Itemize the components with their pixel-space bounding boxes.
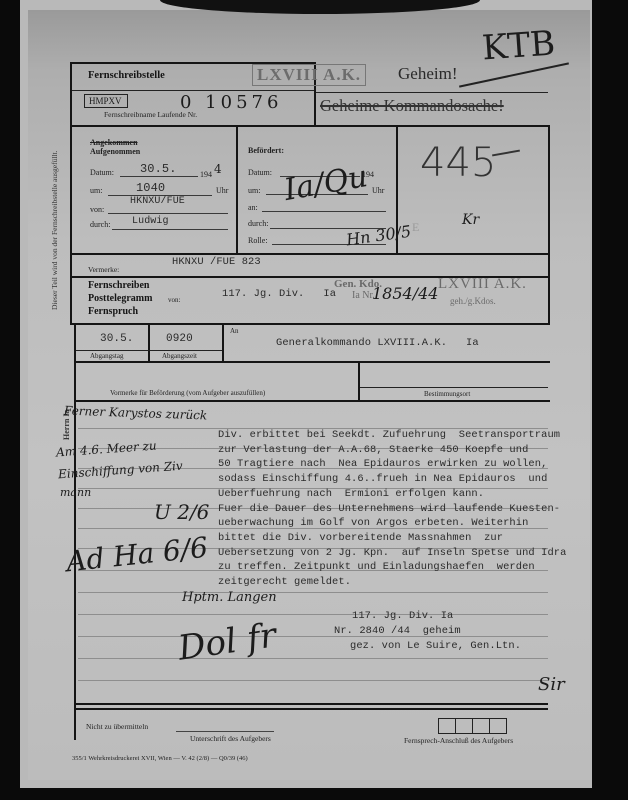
margin-note: mann xyxy=(60,486,91,499)
message-body: Div. erbittet bei Seekdt. Zufuehrung See… xyxy=(218,428,566,590)
faint-e-mark: E xyxy=(412,220,419,235)
message-line: Div. erbittet bei Seekdt. Zufuehrung See… xyxy=(218,428,566,443)
message-line: 50 Tragtiere nach Nea Epidauros erwirken… xyxy=(218,457,566,472)
dispatch-to-label: An xyxy=(230,327,239,335)
dispatch-top-line xyxy=(70,323,550,325)
forwarded-to-label: an: xyxy=(248,203,258,212)
grid-top-line xyxy=(70,125,550,127)
notes-divider xyxy=(358,361,360,401)
message-line: Fuer die Dauer des Unternehmens wird lau… xyxy=(218,502,566,517)
phone-label: Fernsprech-Anschluß des Aufgebers xyxy=(404,736,513,745)
forwarded-time-unit: Uhr xyxy=(372,186,384,195)
header-row-line xyxy=(72,90,314,91)
received-date-label: Datum: xyxy=(90,168,114,177)
received-title: Aufgenommen xyxy=(90,147,140,156)
message-line: sodass Einschiffung 4.6..frueh in Nea Ep… xyxy=(218,472,566,487)
phone-box xyxy=(439,719,456,733)
teleprinter-name-box: HMPXV xyxy=(84,94,128,108)
footer-line-2 xyxy=(74,708,548,710)
stamp-corps: LXVIII A.K. xyxy=(438,276,527,293)
forwarded-time-label: um: xyxy=(248,186,260,195)
remarks-value: HKNXU /FUE 823 xyxy=(172,256,261,268)
handwritten-ktb: KTB xyxy=(481,23,557,68)
forwarded-roll-label: Rolle: xyxy=(248,236,268,245)
received-year-suffix: 4 xyxy=(214,162,222,176)
left-frame xyxy=(70,62,72,324)
margin-initial: U 2/6 xyxy=(154,500,209,524)
type-fernspruch: Fernspruch xyxy=(88,306,138,317)
message-line: zur Verlastung der A.A.68, Staerke 450 K… xyxy=(218,443,566,458)
stamp-class: geh./g.Kdos. xyxy=(450,296,496,306)
dispatch-caption-line xyxy=(76,350,222,351)
signature-label: Unterschrift des Aufgebers xyxy=(190,734,271,743)
handwritten-bottom-initial: Sir xyxy=(538,674,565,695)
classification-struck: Geheime Kommandosache! xyxy=(320,96,504,116)
dispatch-time-label: Abgangszeit xyxy=(162,352,197,360)
col-divider-1 xyxy=(236,125,238,253)
handwritten-number: 445 xyxy=(420,140,496,186)
signature-rule xyxy=(176,731,274,732)
received-from-label: von: xyxy=(90,205,104,214)
phone-box xyxy=(456,719,473,733)
station-stamp: LXVIII A.K. xyxy=(252,64,366,86)
from-rule xyxy=(108,213,228,214)
dispatch-divider-1 xyxy=(148,323,150,361)
notes-top-line xyxy=(74,361,550,363)
right-frame xyxy=(548,125,550,325)
phone-boxes xyxy=(438,718,507,734)
message-line: Uebersetzung von 2 Jg. Kpn. auf Inseln S… xyxy=(218,546,566,561)
side-note: Dieser Teil wird von der Fernschreibstel… xyxy=(50,70,59,310)
forwarded-by-label: durch: xyxy=(248,219,268,228)
phone-box xyxy=(490,719,506,733)
dest-line xyxy=(360,387,548,388)
received-from: HKNXU/FUE xyxy=(130,196,185,207)
dispatch-day: 30.5. xyxy=(100,333,134,345)
type-fernschreiben: Fernschreiben xyxy=(88,280,149,291)
received-time-label: um: xyxy=(90,186,102,195)
forwarded-title: Befördert: xyxy=(248,146,284,155)
classification: Geheim! xyxy=(398,64,457,84)
message-line: ueberwachung im Golf von Argos erbeten. … xyxy=(218,516,566,531)
remarks-top-line xyxy=(70,253,550,255)
message-line: Ueberfuehrung nach Ermioni erfolgen kann… xyxy=(218,487,566,502)
type-from-value: 117. Jg. Div. Ia xyxy=(222,288,336,300)
serial-caption: Fernschreibname Laufende Nr. xyxy=(104,110,197,119)
received-time-unit: Uhr xyxy=(216,186,228,195)
by-rule xyxy=(112,229,228,230)
dispatch-day-label: Abgangstag xyxy=(90,352,123,360)
received-title-struck: Angekommen xyxy=(90,138,138,147)
rule xyxy=(78,614,548,615)
station-label: Fernschreibstelle xyxy=(88,70,165,81)
type-posttelegramm: Posttelegramm xyxy=(88,293,152,304)
received-date: 30.5. xyxy=(140,162,177,176)
message-line: bittet die Div. vorbereitende Massnahmen… xyxy=(218,531,566,546)
rule xyxy=(78,658,548,659)
printer-line: 355/1 Wehrkreisdruckerei XVII, Wien — V.… xyxy=(72,755,248,762)
phone-box xyxy=(473,719,490,733)
received-year-prefix: 194 xyxy=(200,170,212,179)
destination-label: Bestimmungsort xyxy=(424,390,470,398)
signature-line: gez. von Le Suire, Gen.Ltn. xyxy=(350,640,521,652)
rule xyxy=(78,636,548,637)
forwarded-date-label: Datum: xyxy=(248,168,272,177)
signature-line: Nr. 2840 /44 geheim xyxy=(334,625,461,637)
number-initial: Kr xyxy=(462,212,479,228)
received-by: Ludwig xyxy=(132,216,169,227)
stamp-number-hand: 1854/44 xyxy=(372,284,438,303)
remarks-label: Vermerke: xyxy=(88,265,119,274)
type-from-label: von: xyxy=(168,296,180,304)
class-line xyxy=(316,92,548,93)
fwd-to-rule xyxy=(262,211,386,212)
received-by-label: durch: xyxy=(90,220,110,229)
received-time: 1040 xyxy=(136,181,165,195)
dispatch-to-value: Generalkommando LXVIII.A.K. Ia xyxy=(276,337,479,349)
notes-bottom-line xyxy=(74,400,550,402)
rule xyxy=(78,680,548,681)
message-line: zeitgerecht gemeldet. xyxy=(218,575,566,590)
message-line: zu treffen. Zeitpunkt und Einladungshaef… xyxy=(218,560,566,575)
dispatch-time: 0920 xyxy=(166,333,193,345)
dispatch-divider-2 xyxy=(222,323,224,361)
handwritten-name: Hptm. Langen xyxy=(182,590,277,605)
rule xyxy=(78,592,548,593)
date-rule xyxy=(120,176,198,177)
notes-label: Vormerke für Beförderung (vom Aufgeber a… xyxy=(110,389,265,397)
not-transmit-label: Nicht zu übermitteln xyxy=(86,722,148,731)
signature-line: 117. Jg. Div. Ia xyxy=(352,610,453,622)
footer-line-1 xyxy=(74,703,548,705)
